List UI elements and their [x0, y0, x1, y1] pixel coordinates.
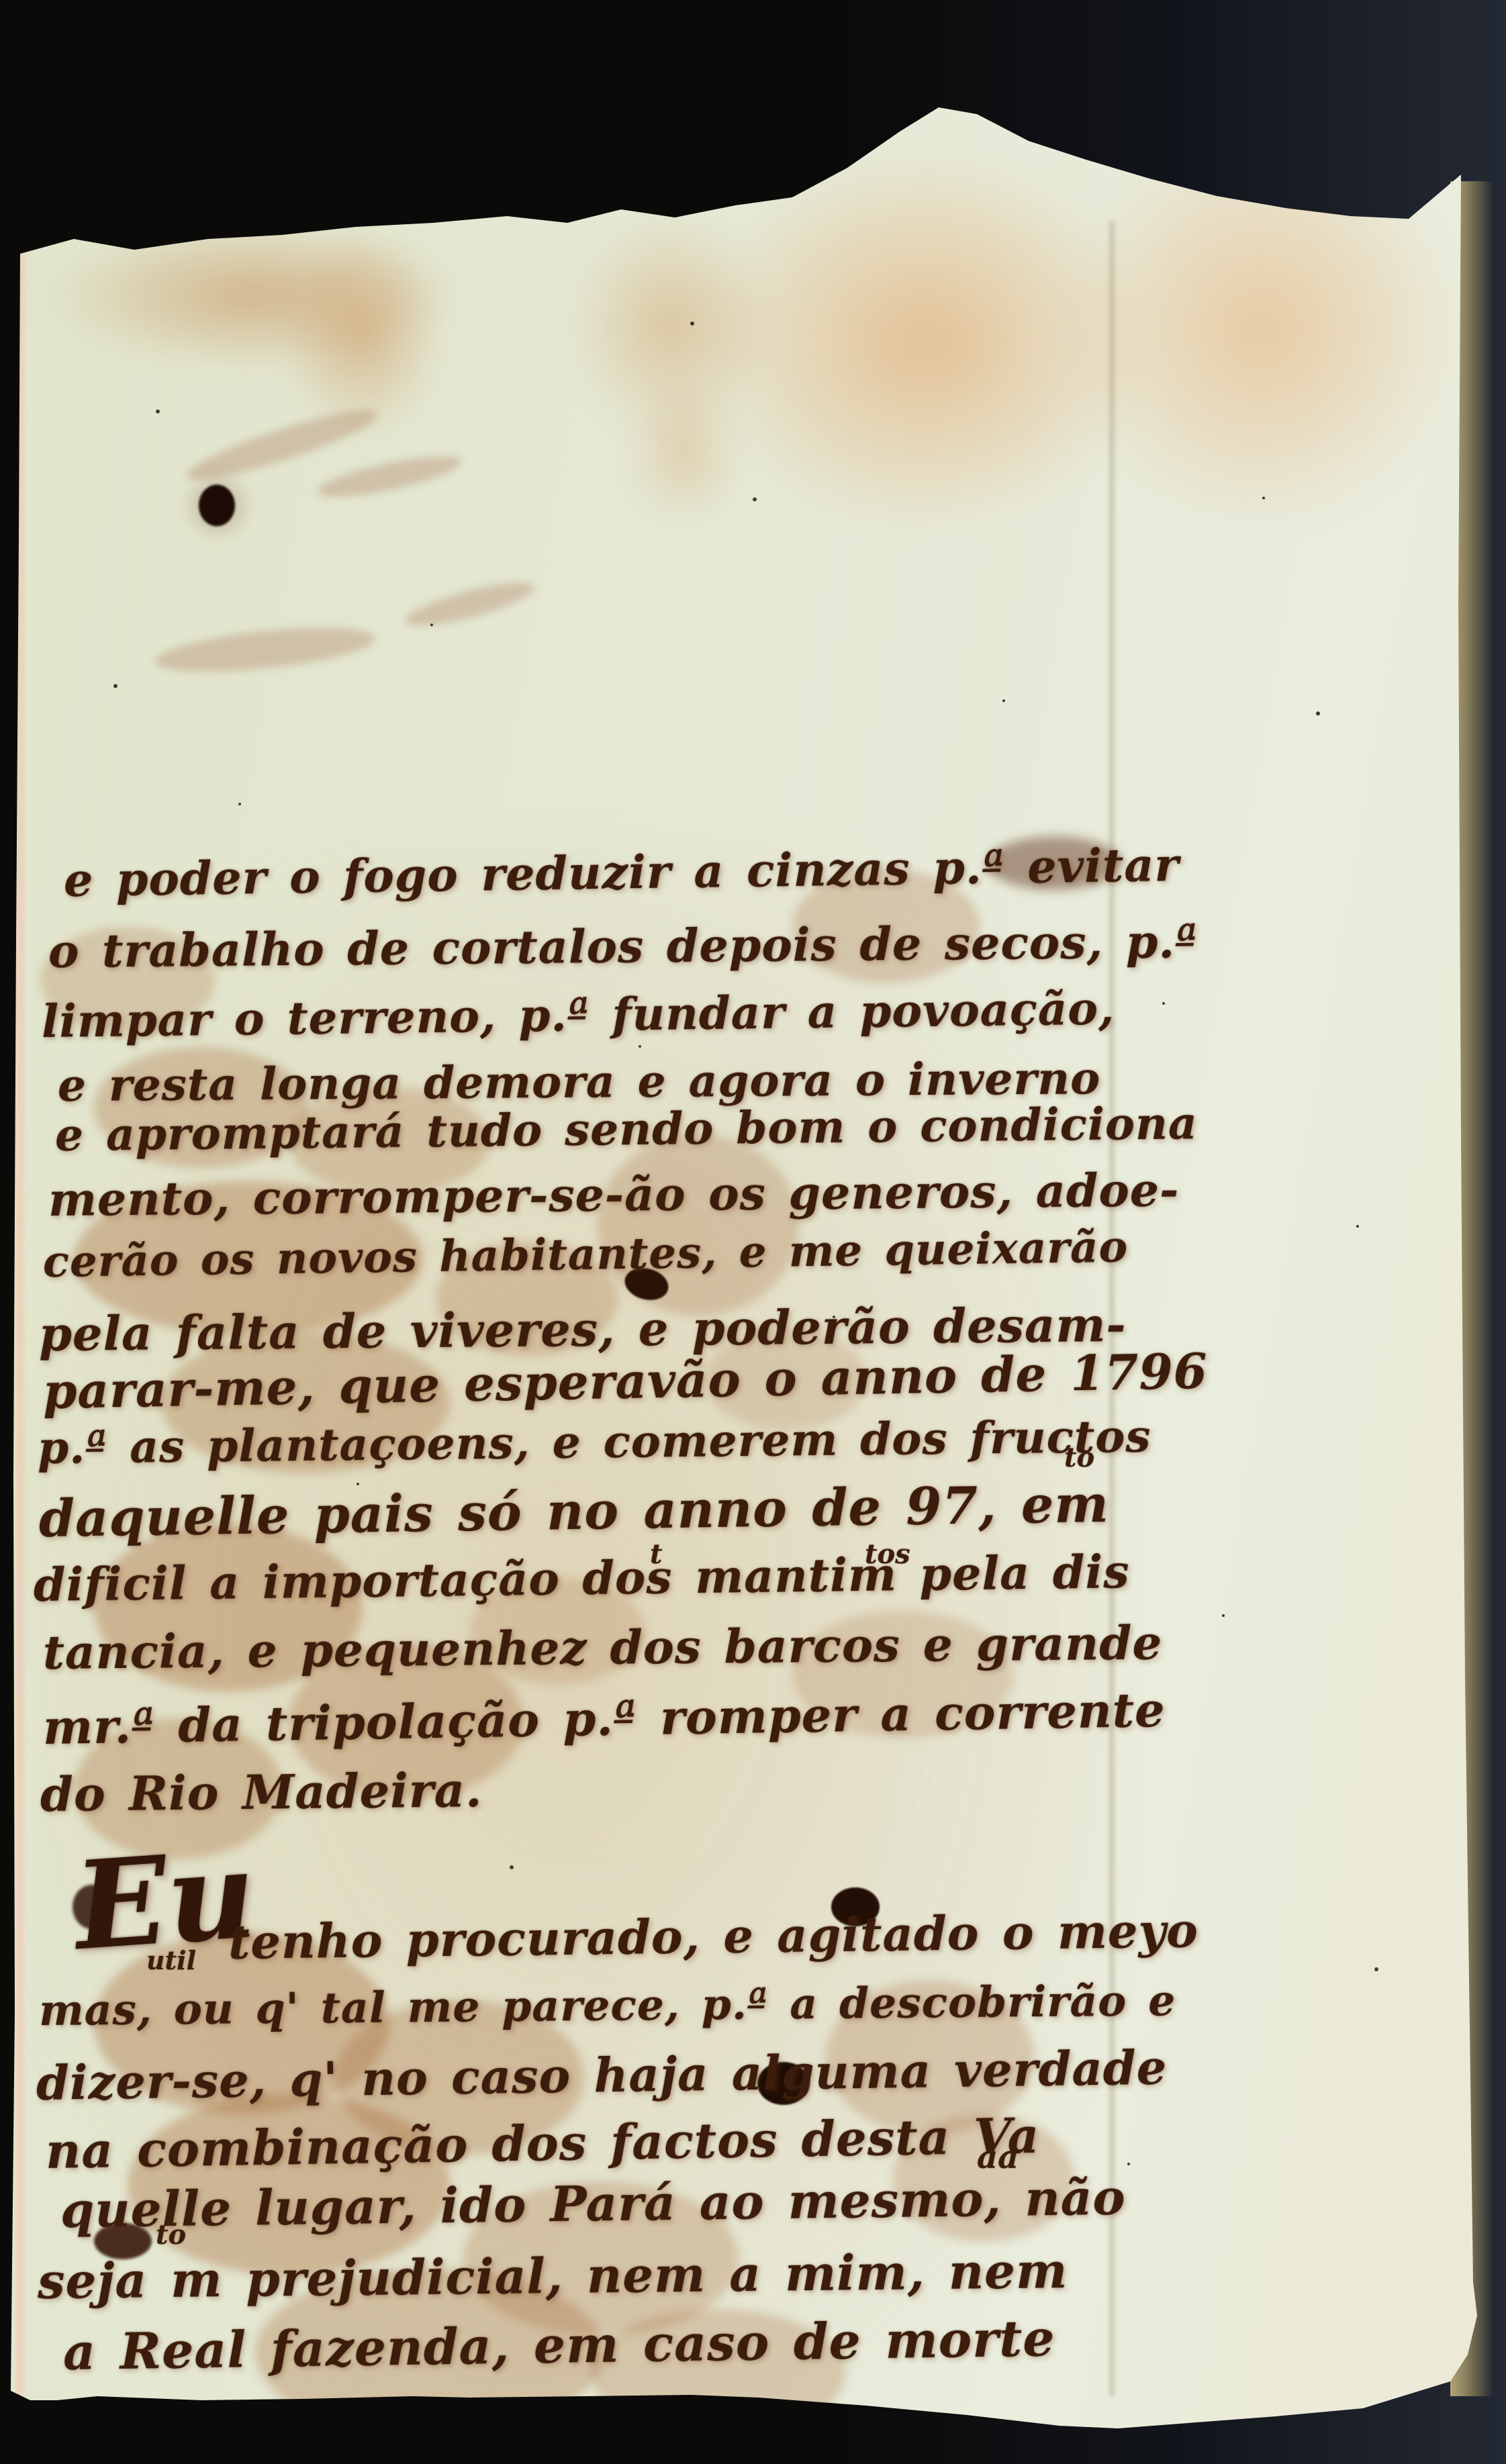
- ghost-ink: [402, 574, 538, 634]
- superscript-t: t: [650, 1538, 662, 1570]
- manuscript-line-13: tancia, e pequenhez dos barcos e grande: [43, 1616, 1163, 1680]
- superscript-util: util: [146, 1945, 196, 1975]
- manuscript-line-02: o trabalho de cortalos depois de secos, …: [48, 915, 1198, 979]
- ghost-ink: [153, 620, 377, 680]
- stain: [1074, 141, 1450, 517]
- manuscript-line-21: seja m prejudicial, nem a mim, nem: [38, 2242, 1068, 2310]
- superscript-tos: tos: [865, 1538, 910, 1570]
- paper-left-edge-highlight: [16, 248, 24, 2396]
- superscript-to2: to: [156, 2219, 186, 2251]
- manuscript-line-16: tenho procurado, e agitado o meyo: [228, 1902, 1198, 1970]
- stain: [282, 235, 443, 436]
- superscript-aa: aa: [977, 2138, 1019, 2176]
- stain: [624, 376, 745, 524]
- photo-of-manuscript: e poder o fogo reduzir a cinzas p.ª evit…: [0, 0, 1506, 2464]
- ink-blot: [199, 485, 235, 526]
- manuscript-line-17: mas, ou q' tal me parece, p.ª a descobri…: [39, 1975, 1176, 2035]
- manuscript-line-06: mento, corromper-se-ão os generos, adoe-: [48, 1163, 1180, 1227]
- paper-specks: [0, 0, 3, 3]
- ghost-ink: [314, 448, 465, 505]
- superscript-to: to: [1064, 1442, 1094, 1473]
- manuscript-page: e poder o fogo reduzir a cinzas p.ª evit…: [0, 0, 1506, 2464]
- manuscript-line-15: do Rio Madeira.: [40, 1762, 483, 1822]
